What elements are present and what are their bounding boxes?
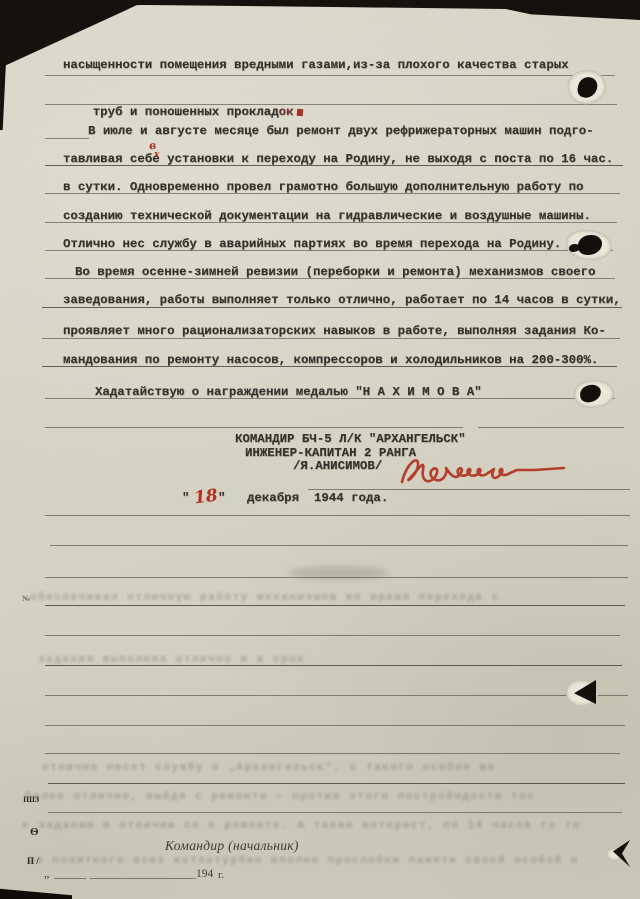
- red-correction-mark-bottom: х: [154, 150, 159, 160]
- ruled-line: [48, 812, 622, 813]
- typed-line-2-red-letters: ок: [279, 105, 294, 119]
- ghost-imprint-row: более отлично, выйдя с ремонта — против …: [25, 791, 535, 803]
- ruled-line: [45, 725, 625, 726]
- ruled-line: [48, 783, 625, 784]
- signature-block-line-1: КОМАНДИР БЧ-5 Л/К "АРХАНГЕЛЬСК": [235, 432, 466, 446]
- ruled-line: [45, 515, 630, 516]
- punch-hole: [566, 678, 598, 708]
- typed-line-4: тавливая себе установки к переходу на Ро…: [63, 152, 613, 166]
- handwritten-date-day: 18: [193, 486, 219, 509]
- punch-hole: [604, 840, 630, 868]
- ruled-line: [45, 427, 463, 428]
- typed-line-5: в сутки. Одновременно провел грамотно бо…: [63, 180, 584, 194]
- ghost-imprint-row: отлично несет службу о „Архангельск“, с …: [42, 762, 496, 774]
- ghost-imprint-row: задания выполнял отлично и в срок: [38, 654, 305, 666]
- commander-form-label: Командир (начальник): [165, 838, 299, 854]
- typed-line-12: Хадатайствую о награждении медалью "Н А …: [95, 385, 482, 399]
- typed-line-3: В июле и августе месяце был ремонт двух …: [88, 124, 594, 138]
- ruled-line: [45, 695, 628, 696]
- signature-handwritten: [388, 446, 576, 490]
- ruled-line: [42, 338, 620, 339]
- ink-mark: П /: [27, 856, 39, 866]
- typed-line-1: насыщенности помещения вредными газами,и…: [63, 58, 569, 72]
- ruled-line: [45, 635, 620, 636]
- date-text: декабря 1944 года.: [247, 491, 388, 505]
- ruled-line: [45, 605, 625, 606]
- ghost-imprint-row: из понятного всех котлотурбин вполне про…: [28, 855, 579, 867]
- typed-line-8: Во время осенне-зимней ревизии (переборк…: [75, 265, 596, 279]
- typed-line-9: заведования, работы выполняет только отл…: [63, 293, 621, 307]
- date-open-quote: ": [182, 491, 189, 505]
- punch-hole: [566, 230, 612, 260]
- typed-line-7: Отлично нес службу в аварийных партиях в…: [63, 237, 561, 251]
- ruled-line: [45, 753, 620, 754]
- ink-mark: ІШЗ: [23, 795, 39, 804]
- ink-mark: Ѳ: [30, 826, 39, 838]
- ghost-imprint-row: обеспечивал отличную работу механизмов в…: [30, 592, 500, 604]
- typed-line-10: проявляет много рационализаторских навык…: [63, 324, 606, 338]
- ruled-line: [50, 545, 628, 546]
- form-low-quote: „: [44, 866, 49, 881]
- ruled-line: [45, 75, 615, 76]
- form-year-prefix: 194: [196, 868, 213, 880]
- signature-block-line-3: /Я.АНИСИМОВ/: [293, 459, 382, 473]
- punch-hole: [574, 380, 614, 408]
- ruled-line: [42, 307, 622, 308]
- ink-mark: №: [22, 594, 30, 603]
- typed-line-11: мандования по ремонту насосов, компрессо…: [63, 353, 598, 367]
- scanned-document: насыщенности помещения вредными газами,и…: [0, 0, 640, 899]
- ruled-line: [90, 878, 196, 879]
- punch-hole: [568, 70, 606, 104]
- typed-line-2-text: труб и поношенных проклад: [93, 105, 279, 119]
- typed-line-6: созданию технической документации на гид…: [63, 209, 591, 223]
- form-year-suffix: г.: [218, 869, 224, 881]
- date-close-quote: ": [218, 491, 225, 505]
- ghost-imprint-row: к заданию в отличии со к ремонте. А такж…: [22, 820, 581, 832]
- ruled-line: [45, 138, 89, 139]
- stain: [288, 566, 388, 580]
- red-period-mark: [296, 109, 302, 116]
- ruled-line: [478, 427, 624, 428]
- ruled-line: [54, 878, 86, 879]
